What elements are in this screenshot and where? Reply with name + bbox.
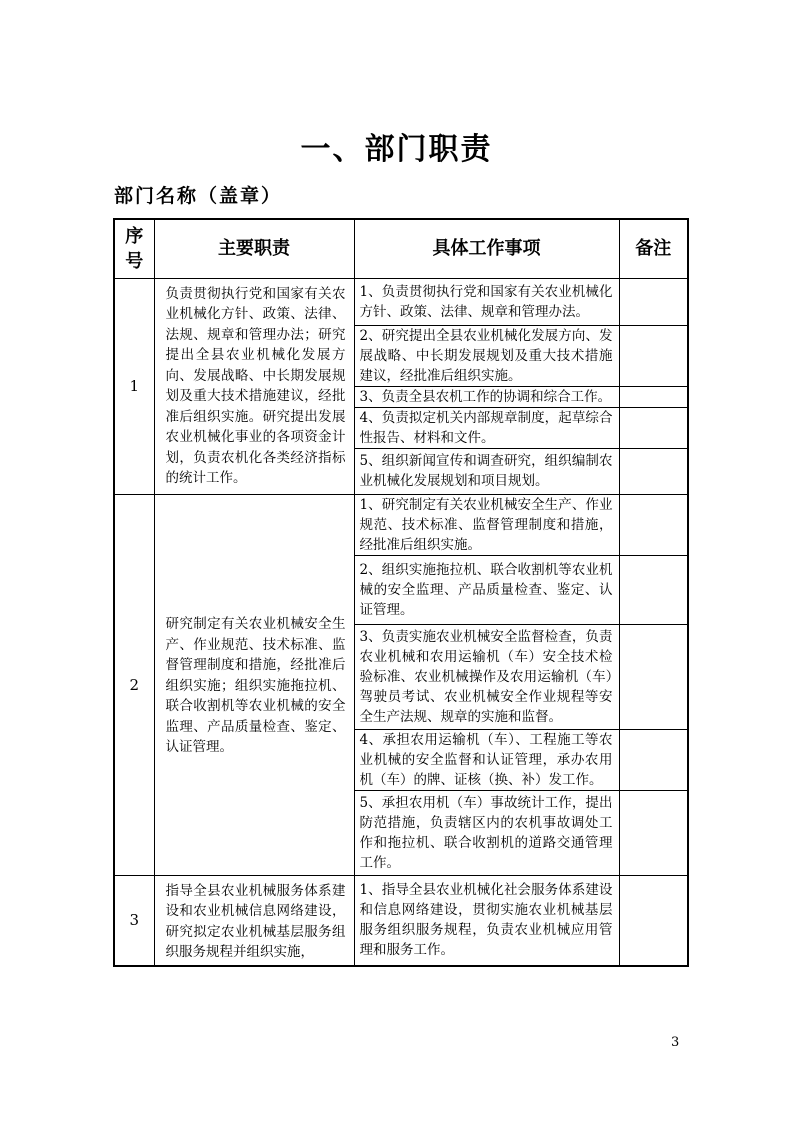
- remark-cell: [619, 555, 688, 624]
- col-header-work-items: 具体工作事项: [354, 219, 619, 278]
- header-row: 序号 主要职责 具体工作事项 备注: [114, 219, 688, 278]
- col-header-main-duty: 主要职责: [154, 219, 354, 278]
- work-item-cell: 1、研究制定有关农业机械安全生产、作业规范、技术标准、监督管理制度和措施，经批准…: [354, 494, 619, 555]
- remark-cell: [619, 729, 688, 790]
- page-number: 3: [671, 1035, 679, 1050]
- remark-cell: [619, 494, 688, 555]
- work-item-cell: 2、组织实施拖拉机、联合收割机等农业机械的安全监理、产品质量检查、鉴定、认证管理…: [354, 555, 619, 624]
- row-number-cell: 1: [114, 278, 154, 494]
- duty-table: 序号 主要职责 具体工作事项 备注 1 负责贯彻执行党和国家有关农业机械化方针、…: [113, 218, 689, 967]
- col-header-number: 序号: [114, 219, 154, 278]
- work-item-cell: 1、指导全县农业机械化社会服务体系建设和信息网络建设，贯彻实施农业机械基层服务组…: [354, 875, 619, 966]
- work-item-cell: 4、负责拟定机关内部规章制度，起草综合性报告、材料和文件。: [354, 407, 619, 448]
- document-page: 一、部门职责 部门名称（盖章） 序号 主要职责 具体工作事项 备注 1 负责贯彻…: [0, 0, 793, 1122]
- remark-cell: [619, 875, 688, 966]
- remark-cell: [619, 448, 688, 494]
- remark-cell: [619, 407, 688, 448]
- page-title: 一、部门职责: [0, 124, 793, 168]
- remark-cell: [619, 624, 688, 729]
- work-item-cell: 2、研究提出全县农业机械化发展方向、发展战略、中长期发展规划及重大技术措施建议，…: [354, 325, 619, 386]
- remark-cell: [619, 325, 688, 386]
- work-item-cell: 3、负责实施农业机械安全监督检查，负责农业机械和农用运输机（车）安全技术检验标准…: [354, 624, 619, 729]
- remark-cell: [619, 790, 688, 875]
- work-item-cell: 1、负责贯彻执行党和国家有关农业机械化方针、政策、法律、规章和管理办法。: [354, 278, 619, 325]
- col-header-remarks: 备注: [619, 219, 688, 278]
- remark-cell: [619, 386, 688, 407]
- work-item-cell: 3、负责全县农机工作的协调和综合工作。: [354, 386, 619, 407]
- work-item-cell: 5、组织新闻宣传和调查研究，组织编制农业机械化发展规划和项目规划。: [354, 448, 619, 494]
- table-row: 3 指导全县农业机械服务体系建设和农业机械信息网络建设，研究拟定农业机械基层服务…: [114, 875, 688, 966]
- main-duty-cell: 研究制定有关农业机械安全生产、作业规范、技术标准、监督管理制度和措施，经批准后组…: [154, 494, 354, 875]
- work-item-cell: 4、承担农用运输机（车）、工程施工等农业机械的安全监督和认证管理，承办农用机（车…: [354, 729, 619, 790]
- remark-cell: [619, 278, 688, 325]
- department-name-label: 部门名称（盖章）: [114, 181, 282, 208]
- work-item-cell: 5、承担农用机（车）事故统计工作，提出防范措施，负责辖区内的农机事故调处工作和拖…: [354, 790, 619, 875]
- row-number-cell: 2: [114, 494, 154, 875]
- table-row: 2 研究制定有关农业机械安全生产、作业规范、技术标准、监督管理制度和措施，经批准…: [114, 494, 688, 555]
- row-number-cell: 3: [114, 875, 154, 966]
- table-row: 1 负责贯彻执行党和国家有关农业机械化方针、政策、法律、法规、规章和管理办法；研…: [114, 278, 688, 325]
- main-duty-cell: 指导全县农业机械服务体系建设和农业机械信息网络建设，研究拟定农业机械基层服务组织…: [154, 875, 354, 966]
- main-duty-cell: 负责贯彻执行党和国家有关农业机械化方针、政策、法律、法规、规章和管理办法；研究提…: [154, 278, 354, 494]
